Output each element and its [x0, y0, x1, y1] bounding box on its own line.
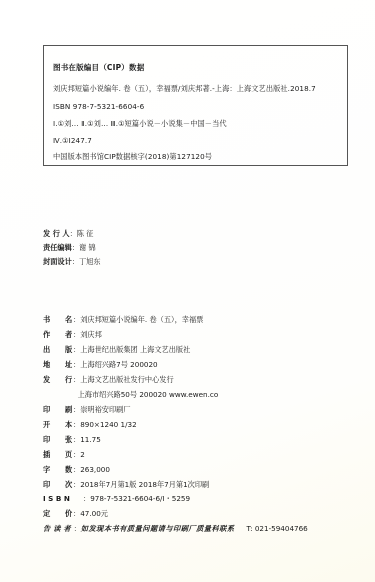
info-row-publisher: 出版：上海世纪出版集团 上海文艺出版社 — [43, 345, 190, 355]
info-row-edition: 印次：2018年7月第1版 2018年7月第1次印刷 — [43, 480, 209, 490]
cip-line-verification-number: 中国版本图书馆CIP数据核字(2018)第127120号 — [53, 152, 212, 162]
info-row-distribution: 发行：上海文艺出版社发行中心发行 — [43, 375, 174, 385]
info-value: 2018年7月第1版 2018年7月第1次印刷 — [80, 480, 209, 490]
credit-value: 谢 锦 — [79, 243, 96, 252]
info-label: 书名 — [43, 315, 73, 325]
info-label: 定价 — [43, 509, 73, 519]
isbn-value: 978-7-5321-6604-6/I・5259 — [90, 494, 190, 504]
credit-value: 陈 征 — [77, 229, 94, 238]
info-label: 印张 — [43, 435, 73, 445]
credit-cover-design: 封面设计：丁旭东 — [43, 257, 101, 267]
cip-line-classification: Ⅳ.①I247.7 — [53, 136, 92, 145]
info-value: 崇明裕安印刷厂 — [80, 405, 130, 415]
info-label: 印次 — [43, 480, 73, 490]
info-row-title: 书名：刘庆邦短篇小说编年. 卷（五），幸福票 — [43, 315, 203, 325]
price-value: 47.00元 — [80, 509, 108, 519]
credit-label: 发 行 人 — [43, 229, 70, 239]
info-row-address: 地址：上海绍兴路7号 200020 — [43, 360, 158, 370]
info-label: 作者 — [43, 330, 73, 340]
info-label: 发行 — [43, 375, 73, 385]
credit-value: 丁旭东 — [79, 257, 101, 266]
info-label: 印刷 — [43, 405, 73, 415]
credit-label: 责任编辑 — [43, 243, 72, 253]
info-value: 刘庆邦 — [80, 330, 102, 340]
colon: ： — [72, 243, 79, 253]
cip-line-isbn: ISBN 978-7-5321-6604-6 — [53, 102, 144, 111]
info-label: 地址 — [43, 360, 73, 370]
info-row-inserts: 插页：2 — [43, 450, 85, 460]
info-value: 11.75 — [80, 435, 101, 445]
notice-phone: T: 021-59404766 — [247, 524, 308, 534]
cip-title: 图书在版编目（CIP）数据 — [53, 62, 144, 73]
info-value: 上海绍兴路7号 200020 — [80, 360, 157, 370]
colon: ： — [70, 229, 77, 239]
info-label: 出版 — [43, 345, 73, 355]
info-value: 刘庆邦短篇小说编年. 卷（五），幸福票 — [80, 315, 203, 325]
info-value: 890×1240 1/32 — [80, 420, 136, 430]
info-row-format: 开本：890×1240 1/32 — [43, 420, 137, 430]
credit-label: 封面设计 — [43, 257, 72, 267]
info-value: 上海市绍兴路50号 200020 www.ewen.co — [78, 390, 219, 400]
notice-label: 告读者 — [43, 524, 74, 534]
info-row-distribution-address: 上海市绍兴路50号 200020 www.ewen.co — [43, 390, 218, 400]
info-value: 2 — [80, 450, 85, 460]
cip-line-bibliographic: 刘庆邦短篇小说编年. 卷（五），幸福票/刘庆邦著.-上海：上海文艺出版社.201… — [53, 84, 316, 94]
info-row-isbn: ISBN：978-7-5321-6604-6/I・5259 — [43, 494, 190, 504]
info-row-author: 作者：刘庆邦 — [43, 330, 102, 340]
info-row-reader-notice: 告读者：如发现本书有质量问题请与印刷厂质量科联系T: 021-59404766 — [43, 524, 308, 534]
info-value: 263,000 — [80, 465, 110, 475]
credit-publisher-person: 发 行 人：陈 征 — [43, 229, 93, 239]
cip-line-subjects: Ⅰ.①刘… Ⅱ.①刘… Ⅲ.①短篇小说－小说集－中国－当代 — [53, 119, 227, 129]
info-row-printer: 印刷：崇明裕安印刷厂 — [43, 405, 131, 415]
info-row-word-count: 字数：263,000 — [43, 465, 110, 475]
info-value: 上海世纪出版集团 上海文艺出版社 — [80, 345, 190, 355]
info-row-price: 定价：47.00元 — [43, 509, 108, 519]
info-value: 上海文艺出版社发行中心发行 — [80, 375, 173, 385]
info-label: 字数 — [43, 465, 73, 475]
notice-text: 如发现本书有质量问题请与印刷厂质量科联系 — [81, 524, 235, 534]
credit-responsible-editor: 责任编辑：谢 锦 — [43, 243, 96, 253]
cip-data-box: 图书在版编目（CIP）数据 刘庆邦短篇小说编年. 卷（五），幸福票/刘庆邦著.-… — [43, 45, 348, 166]
isbn-label: ISBN — [43, 494, 83, 504]
colon: ： — [72, 257, 79, 267]
info-row-sheets: 印张：11.75 — [43, 435, 101, 445]
info-label: 插页 — [43, 450, 73, 460]
info-label: 开本 — [43, 420, 73, 430]
